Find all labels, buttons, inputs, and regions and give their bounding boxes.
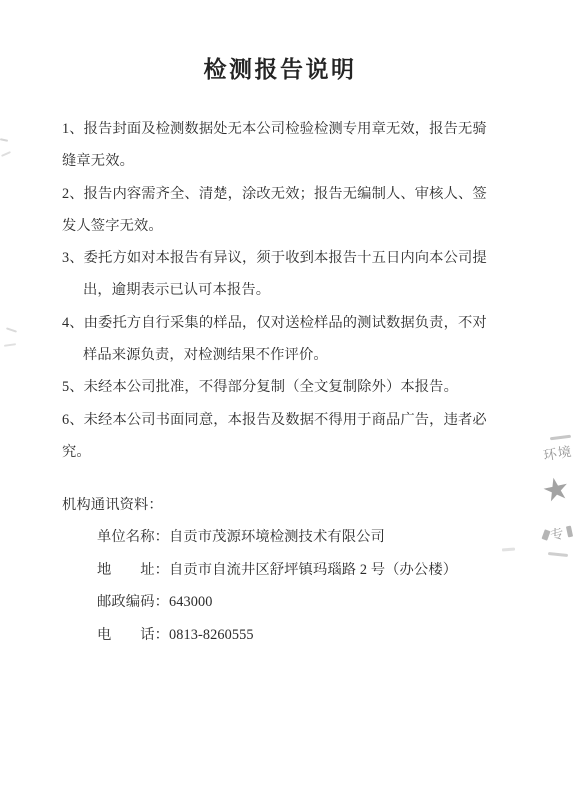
contact-row-postcode: 邮政编码：643000 — [97, 586, 530, 618]
company-name-label: 单位名称： — [97, 521, 169, 553]
note-3-line-2: 出，逾期表示已认可本报告。 — [62, 274, 530, 306]
star-icon: ★ — [539, 471, 573, 507]
scan-artifact — [0, 138, 8, 142]
scan-artifact — [4, 343, 16, 347]
page-title: 检测报告说明 — [0, 51, 560, 84]
note-4-line-2: 样品来源负责，对检测结果不作评价。 — [62, 339, 530, 371]
phone-label: 电 话： — [97, 619, 169, 651]
postcode-label: 邮政编码： — [97, 586, 169, 618]
seal-arc-bottom — [548, 552, 568, 557]
note-4-line-1: 4、由委托方自行采集的样品，仅对送检样品的测试数据负责，不对 — [62, 307, 530, 339]
postcode-value: 643000 — [169, 586, 213, 618]
seal-arc-top — [550, 435, 571, 441]
document-page: 检测报告说明 1、报告封面及检测数据处无本公司检验检测专用章无效，报告无骑 缝章… — [0, 0, 573, 803]
contact-row-company: 单位名称：自贡市茂源环境检测技术有限公司 — [97, 521, 530, 553]
note-1-line-2: 缝章无效。 — [62, 145, 530, 177]
contact-info-block: 机构通讯资料： 单位名称：自贡市茂源环境检测技术有限公司 地 址：自贡市自流井区… — [62, 489, 530, 651]
scan-artifact — [1, 151, 11, 157]
note-6-line-2: 究。 — [62, 436, 530, 468]
company-name-value: 自贡市茂源环境检测技术有限公司 — [169, 521, 385, 553]
contact-row-address: 地 址：自贡市自流井区舒坪镇玛瑙路 2 号（办公楼） — [97, 554, 530, 586]
partial-seal-stamp: 环境 ★ 专 — [541, 430, 573, 562]
seal-glyph-fragment — [566, 526, 573, 538]
seal-glyph-fragment — [541, 529, 550, 540]
address-value: 自贡市自流井区舒坪镇玛瑙路 2 号（办公楼） — [169, 554, 457, 586]
seal-text-top: 环境 — [542, 440, 573, 464]
contact-rows: 单位名称：自贡市茂源环境检测技术有限公司 地 址：自贡市自流井区舒坪镇玛瑙路 2… — [97, 521, 530, 651]
scan-artifact — [6, 327, 17, 332]
address-label: 地 址： — [97, 554, 169, 586]
notes-list: 1、报告封面及检测数据处无本公司检验检测专用章无效，报告无骑 缝章无效。 2、报… — [62, 113, 530, 468]
note-2-line-2: 发人签字无效。 — [62, 210, 530, 242]
seal-text-bottom: 专 — [548, 522, 566, 545]
contact-heading: 机构通讯资料： — [62, 489, 530, 521]
note-5-line-1: 5、未经本公司批准，不得部分复制（全文复制除外）本报告。 — [62, 371, 530, 403]
note-2-line-1: 2、报告内容需齐全、清楚，涂改无效；报告无编制人、审核人、签 — [62, 178, 530, 210]
phone-value: 0813-8260555 — [169, 619, 254, 651]
note-1-line-1: 1、报告封面及检测数据处无本公司检验检测专用章无效，报告无骑 — [62, 113, 530, 145]
note-3-line-1: 3、委托方如对本报告有异议，须于收到本报告十五日内向本公司提 — [62, 242, 530, 274]
contact-row-phone: 电 话：0813-8260555 — [97, 619, 530, 651]
note-6-line-1: 6、未经本公司书面同意，本报告及数据不得用于商品广告，违者必 — [62, 404, 530, 436]
